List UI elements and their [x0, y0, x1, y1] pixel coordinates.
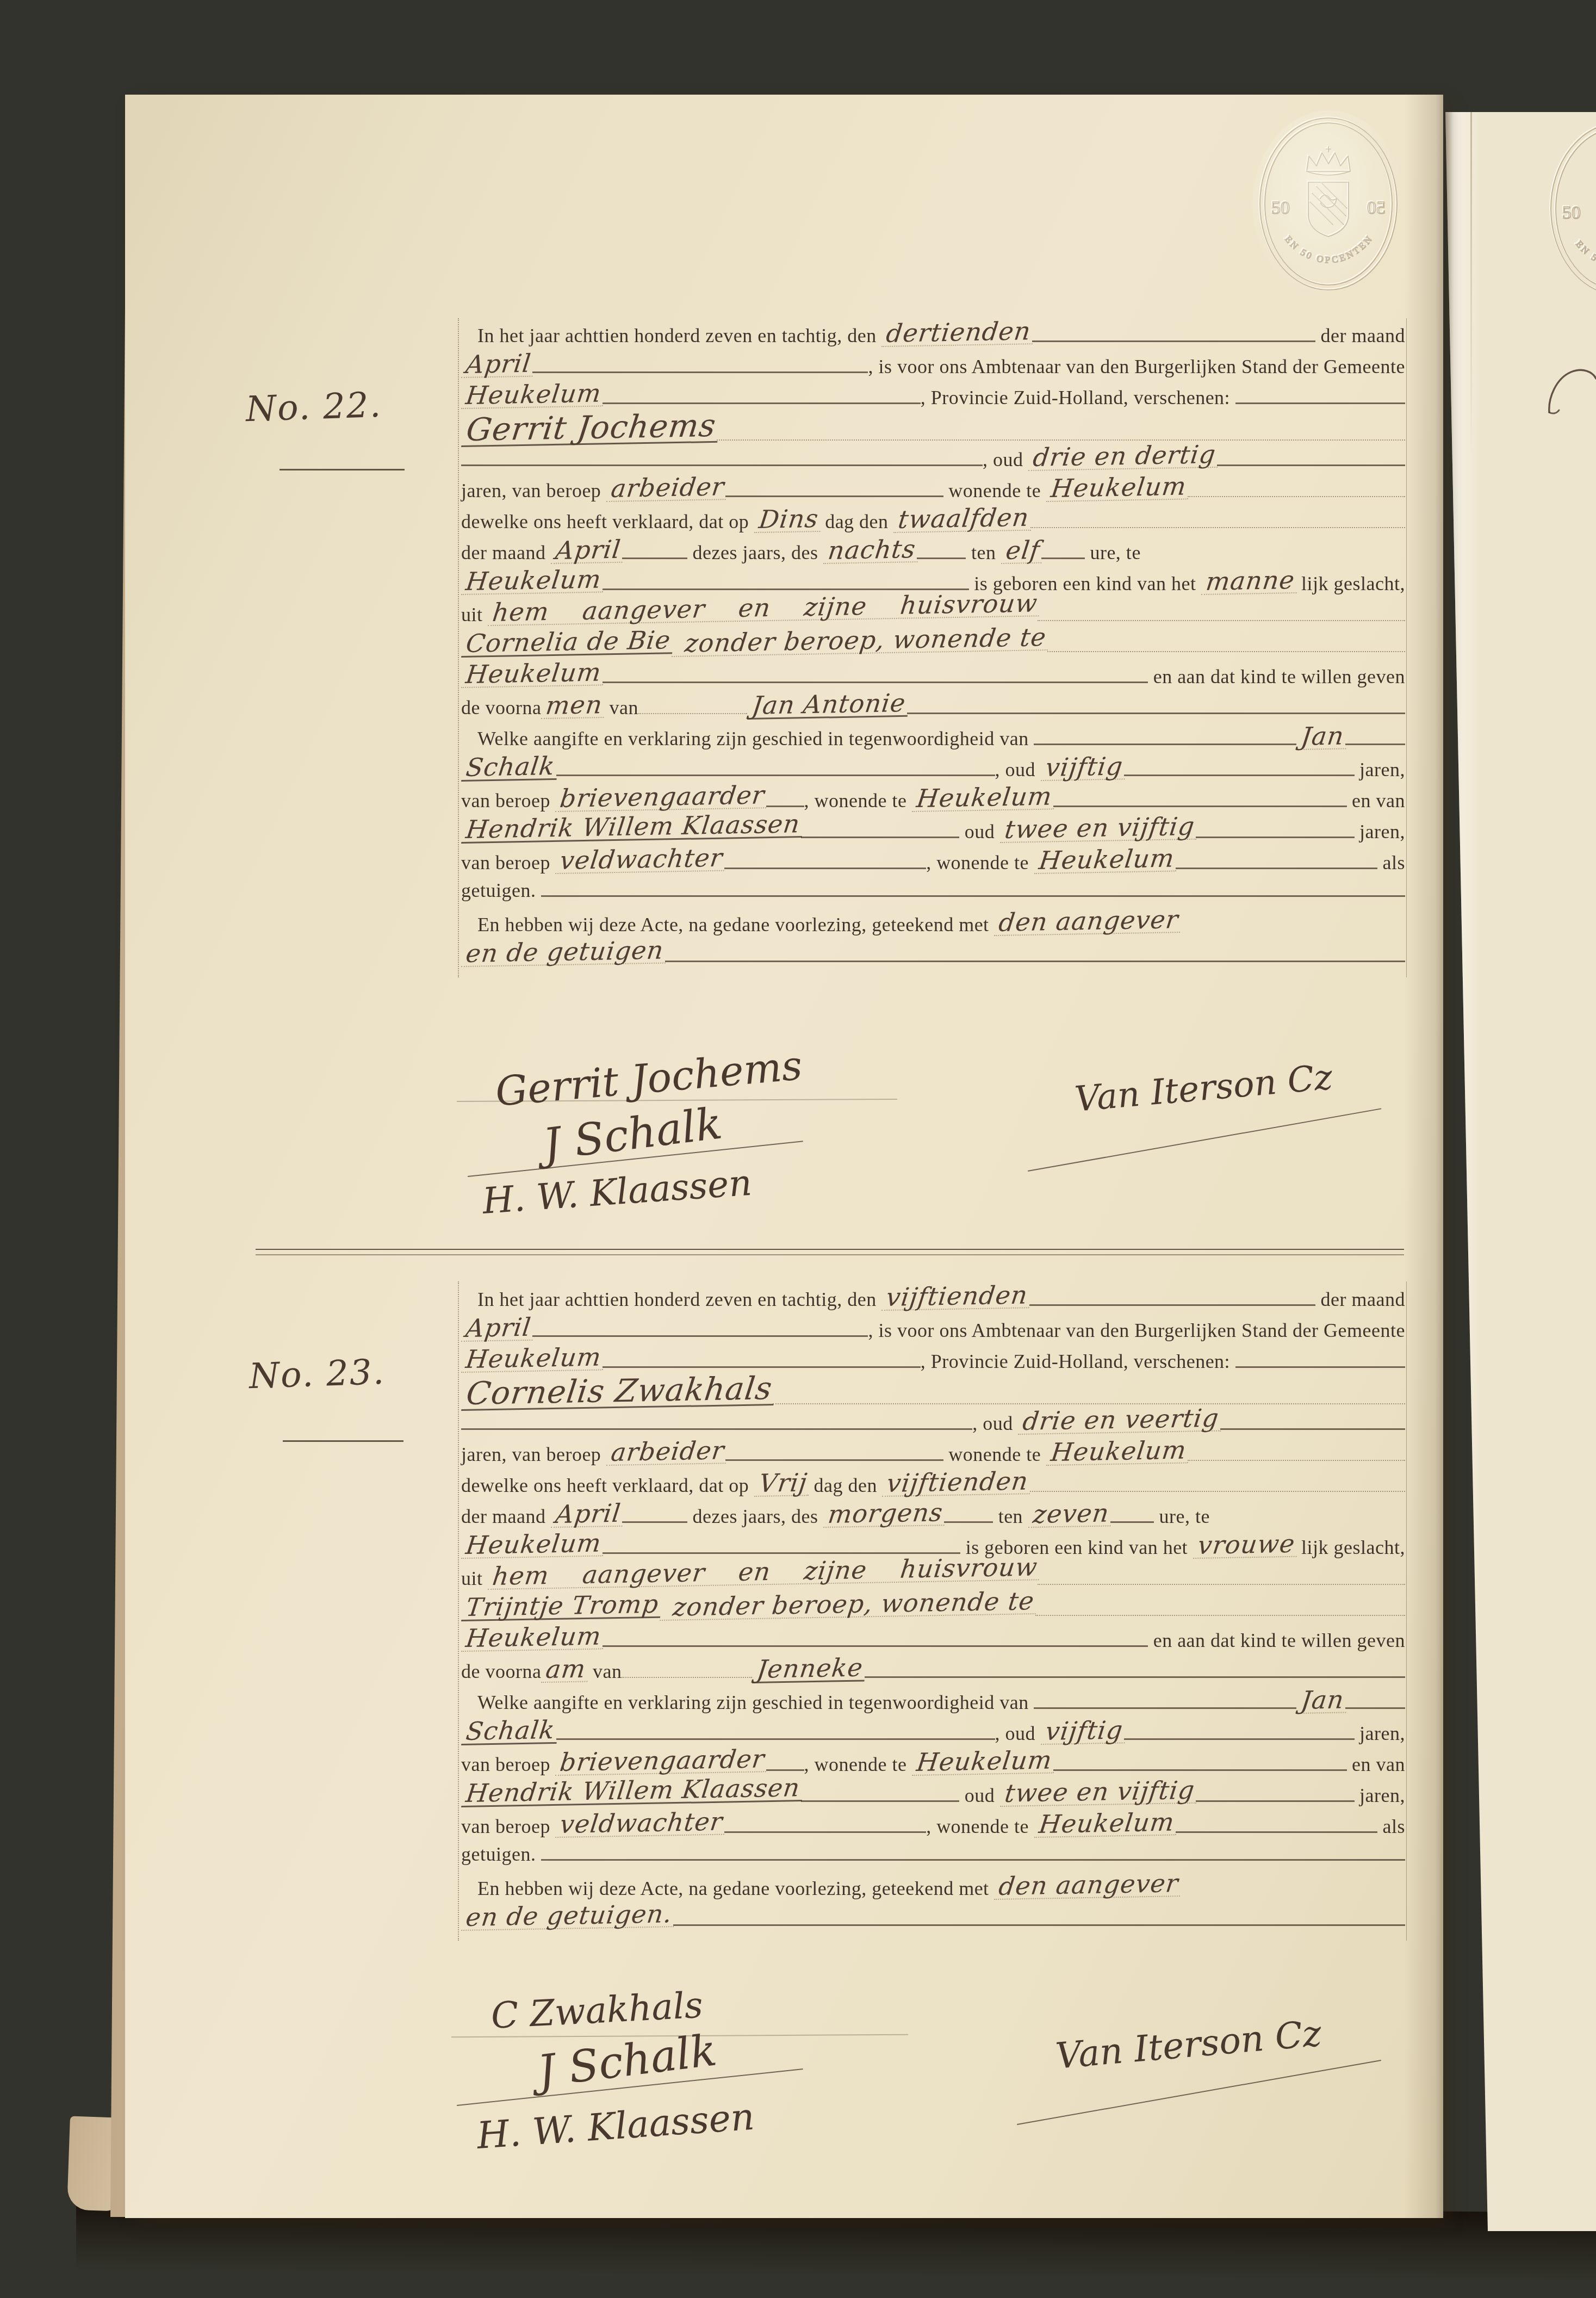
printed-text: Welke aangifte en verklaring zijn geschi…: [477, 1693, 1034, 1712]
fill-line: [1176, 851, 1377, 869]
handwritten-entry: dertienden: [881, 318, 1036, 347]
fill-line: [724, 1815, 926, 1833]
handwritten-entry: Heukelum: [461, 380, 606, 409]
handwritten-entry: April: [551, 537, 625, 564]
form-line: Hendrik Willem Klaassen oud twee en vijf…: [461, 1781, 1405, 1812]
fill-line: [603, 665, 1148, 683]
printed-text: oud: [959, 822, 1000, 841]
seal-emboss-highlight: [1252, 110, 1405, 298]
act-number-rule: [283, 1440, 403, 1442]
fill-line: [773, 1387, 1405, 1404]
fill-line: [1124, 758, 1354, 776]
printed-text: jaren,: [1355, 760, 1405, 779]
printed-text: dag den: [820, 512, 893, 531]
form-line: de voornaam vanJenneke: [461, 1657, 1405, 1688]
printed-text: , wonende te: [804, 791, 912, 810]
fill-line: [603, 1350, 921, 1368]
fill-line: [725, 1443, 943, 1461]
handwritten-entry: arbeider: [606, 1438, 729, 1466]
printed-text: oud: [959, 1786, 1000, 1805]
act-22-text: In het jaar achttien honderd zeven en ta…: [461, 321, 1405, 972]
form-line: Heukelum en aan dat kind te willen geven: [461, 662, 1405, 693]
form-line: en de getuigen: [461, 941, 1405, 972]
form-line: Cornelis Zwakhals: [461, 1378, 1405, 1409]
form-line: jaren, van beroep arbeider wonende te He…: [461, 476, 1405, 507]
fill-line: [944, 1505, 993, 1523]
printed-text: van beroep: [461, 853, 555, 872]
printed-text: ten: [966, 543, 1001, 562]
fill-line: [532, 355, 868, 373]
handwritten-entry: April: [461, 1315, 536, 1342]
handwritten-entry: Jan: [1296, 723, 1349, 750]
handwritten-entry: manne: [1201, 567, 1300, 595]
fill-line: [1188, 1444, 1405, 1461]
fill-line: [1217, 448, 1405, 466]
fill-line: [801, 1784, 960, 1802]
margin-number-flourish: [1547, 360, 1596, 424]
fold-highlight: [1442, 112, 1480, 2231]
form-line: de voornamen vanJan Antonie: [461, 693, 1405, 724]
handwritten-entry: zonder beroep, wonende te: [660, 1588, 1039, 1621]
form-line: , oud drie en veertig: [461, 1409, 1405, 1440]
printed-text: , is voor ons Ambtenaar van den Burgerli…: [868, 357, 1405, 376]
handwritten-entry: Heukelum: [1046, 1437, 1191, 1466]
handwritten-entry: zeven: [1028, 1500, 1114, 1528]
handwritten-entry: Hendrik Willem Klaassen: [461, 1775, 805, 1807]
fill-line: [1196, 1784, 1355, 1802]
fill-line: [917, 541, 966, 559]
handwritten-entry: drie en dertig: [1028, 442, 1220, 471]
handwritten-entry: twee en vijftig: [1000, 1777, 1200, 1807]
handwritten-entry: Heukelum: [1034, 845, 1179, 874]
act-right-border: [1406, 1281, 1407, 1941]
handwritten-entry: Heukelum: [912, 783, 1057, 812]
fill-line: [1029, 1288, 1316, 1306]
printed-text: , is voor ons Ambtenaar van den Burgerli…: [868, 1321, 1405, 1340]
handwritten-entry: morgens: [823, 1500, 948, 1528]
handwritten-entry: den aangever: [994, 1870, 1183, 1900]
printed-text: jaren,: [1355, 1786, 1405, 1805]
handwritten-entry: Trijntje Tromp: [461, 1591, 663, 1621]
handwritten-entry: Schalk: [461, 1717, 560, 1745]
printed-text: ure, te: [1154, 1507, 1210, 1526]
printed-text: de voorna: [461, 1662, 541, 1681]
handwritten-entry: Cornelia de Bie: [461, 627, 675, 658]
fill-line: [1053, 789, 1346, 807]
handwritten-entry: arbeider: [606, 474, 729, 502]
fill-line: [1196, 820, 1355, 838]
printed-text: uit: [461, 1569, 488, 1588]
printed-text: van: [588, 1662, 622, 1681]
printed-text: , wonende te: [926, 1817, 1034, 1836]
fill-line: [1345, 1691, 1405, 1709]
fill-line: [1041, 541, 1085, 559]
fill-line: [1235, 1350, 1405, 1368]
fill-line: [717, 423, 1406, 441]
fill-line: [461, 1412, 972, 1430]
fill-line: [622, 1661, 752, 1678]
fill-line: [801, 820, 960, 838]
fill-line: [1220, 1412, 1405, 1430]
act-number-label: No. 23.: [249, 1352, 386, 1397]
fill-line: [622, 541, 687, 559]
printed-text: als: [1377, 1817, 1405, 1836]
printed-text: dezes jaars, des: [687, 543, 823, 562]
fill-line: [1110, 1505, 1154, 1523]
printed-text: wonende te: [943, 481, 1046, 500]
fill-line: [1047, 635, 1406, 652]
fill-line: [532, 1319, 868, 1337]
fill-line: [1030, 511, 1405, 528]
fill-line: [1345, 727, 1405, 745]
handwritten-entry: Hendrik Willem Klaassen: [461, 811, 805, 844]
form-line: en de getuigen.: [461, 1905, 1405, 1936]
handwritten-entry: nachts: [823, 536, 921, 564]
printed-text: ten: [993, 1507, 1028, 1526]
handwritten-entry: twee en vijftig: [1000, 814, 1200, 843]
fill-line: [1035, 1599, 1405, 1616]
fill-line: [1032, 324, 1315, 342]
fill-line: [603, 1629, 1148, 1647]
printed-text: , oud: [995, 1724, 1041, 1743]
printed-text: uit: [461, 605, 488, 624]
fold-crease: [1470, 112, 1472, 460]
adjacent-page: [1442, 112, 1596, 2231]
handwritten-entry: twaalfden: [893, 505, 1034, 533]
fill-line: [1235, 386, 1405, 404]
handwritten-entry: vrouwe: [1193, 1531, 1300, 1559]
handwritten-entry: am: [541, 1656, 591, 1683]
printed-text: En hebben wij deze Acte, na gedane voorl…: [477, 915, 994, 934]
fill-line: [1124, 1722, 1354, 1740]
printed-text: In het jaar achttien honderd zeven en ta…: [477, 1290, 881, 1309]
printed-text: dag den: [809, 1476, 882, 1495]
printed-text: , oud: [972, 1414, 1018, 1433]
fill-line: [622, 1505, 687, 1523]
fill-line: [1176, 1815, 1377, 1833]
handwritten-entry: Jan: [1296, 1687, 1349, 1714]
fill-line: [665, 944, 1405, 962]
fill-line: [1034, 1691, 1296, 1709]
printed-text: dewelke ons heeft verklaard, dat op: [461, 1476, 754, 1495]
handwritten-entry: Dins: [754, 506, 823, 533]
printed-text: van beroep: [461, 791, 555, 810]
fill-line: [541, 879, 1405, 897]
fill-line: [541, 1843, 1405, 1861]
handwritten-entry: den aangever: [994, 907, 1183, 936]
handwritten-entry: zonder beroep, wonende te: [672, 624, 1051, 657]
fill-line: [1030, 1475, 1405, 1492]
form-line: In het jaar achttien honderd zeven en ta…: [461, 321, 1405, 352]
form-line: dewelke ons heeft verklaard, dat op Dins…: [461, 507, 1405, 538]
printed-text: dezes jaars, des: [687, 1507, 823, 1526]
handwritten-entry: Jenneke: [752, 1655, 868, 1683]
printed-text: getuigen.: [461, 881, 541, 900]
photograph-of-register: { "page": { "background": "#32332c", "pa…: [0, 0, 1596, 2298]
fill-line: [556, 1722, 995, 1740]
form-line: Welke aangifte en verklaring zijn geschi…: [461, 1688, 1405, 1719]
handwritten-entry: Heukelum: [461, 1530, 606, 1559]
fill-line: [673, 1908, 1405, 1926]
handwritten-entry: drie en veertig: [1018, 1405, 1224, 1435]
handwritten-entry: Cornelis Zwakhals: [461, 1372, 778, 1411]
printed-text: en aan dat kind te willen geven: [1148, 1631, 1405, 1650]
handwritten-entry: Heukelum: [1034, 1809, 1179, 1838]
handwritten-entry: Heukelum: [1046, 473, 1191, 502]
printed-text: wonende te: [943, 1445, 1046, 1464]
form-line: van beroep veldwachter, wonende te Heuke…: [461, 1812, 1405, 1843]
handwritten-entry: Gerrit Jochems: [461, 410, 721, 447]
printed-text: en aan dat kind te willen geven: [1148, 667, 1405, 686]
fill-line: [461, 448, 983, 466]
handwritten-entry: brievengaarder: [555, 782, 769, 812]
fill-line: [638, 697, 747, 714]
fill-line: [1038, 1568, 1405, 1585]
form-line: getuigen.: [461, 1843, 1405, 1874]
handwritten-entry: en de getuigen.: [461, 1901, 677, 1931]
handwritten-entry: veldwachter: [555, 845, 728, 874]
printed-text: der maand: [461, 1507, 551, 1526]
form-line: Welke aangifte en verklaring zijn geschi…: [461, 724, 1405, 755]
handwritten-entry: Schalk: [461, 753, 560, 782]
act-divider-rule: [256, 1249, 1404, 1255]
printed-text: , oud: [983, 450, 1028, 469]
printed-text: jaren,: [1355, 822, 1405, 841]
printed-text: getuigen.: [461, 1844, 541, 1864]
fill-line: [556, 758, 995, 776]
fill-line: [724, 851, 926, 869]
handwritten-entry: vijftig: [1041, 753, 1128, 781]
printed-text: jaren,: [1355, 1724, 1405, 1743]
printed-text: dewelke ons heeft verklaard, dat op: [461, 512, 754, 531]
printed-text: lijk geslacht,: [1296, 574, 1405, 593]
printed-text: der maand: [1315, 326, 1405, 345]
fill-line: [603, 1536, 960, 1554]
handwritten-entry: vijftienden: [881, 1282, 1033, 1311]
handwritten-entry: April: [551, 1501, 625, 1528]
printed-text: van beroep: [461, 1817, 555, 1836]
form-line: Hendrik Willem Klaassen oud twee en vijf…: [461, 817, 1405, 848]
handwritten-entry: vijftig: [1041, 1717, 1128, 1745]
fill-line: [1053, 1753, 1346, 1771]
handwritten-entry: Heukelum: [912, 1747, 1057, 1776]
printed-text: , Provincie Zuid-Holland, verschenen:: [921, 388, 1235, 407]
printed-text: der maand: [461, 543, 551, 562]
handwritten-entry: Heukelum: [461, 1344, 606, 1373]
act-number-label: No. 22.: [245, 385, 382, 430]
act-right-border: [1406, 318, 1407, 977]
form-line: jaren, van beroep arbeider wonende te He…: [461, 1440, 1405, 1471]
act-left-border: [458, 318, 459, 977]
form-line: Schalk, oud vijftig jaren,: [461, 1719, 1405, 1750]
form-line: dewelke ons heeft verklaard, dat op Vrij…: [461, 1471, 1405, 1502]
form-line: Gerrit Jochems: [461, 414, 1405, 445]
fill-line: [1034, 727, 1296, 745]
printed-text: , Provincie Zuid-Holland, verschenen:: [921, 1352, 1235, 1371]
printed-text: als: [1377, 853, 1405, 872]
handwritten-entry: brievengaarder: [555, 1746, 769, 1776]
act-number-rule: [280, 469, 405, 470]
printed-text: jaren, van beroep: [461, 1445, 606, 1464]
fold-shading: [1404, 95, 1443, 2218]
form-line: Schalk, oud vijftig jaren,: [461, 755, 1405, 786]
fill-line: [766, 1753, 804, 1771]
printed-text: der maand: [1315, 1290, 1405, 1309]
handwritten-entry: vijftienden: [882, 1468, 1033, 1497]
handwritten-entry: veldwachter: [555, 1809, 728, 1838]
handwritten-entry: Heukelum: [461, 1623, 606, 1652]
handwritten-entry: en de getuigen: [461, 937, 668, 967]
fill-line: [1038, 604, 1405, 621]
act-left-border: [458, 1281, 459, 1941]
embossed-revenue-stamp-adjacent-page: [1543, 115, 1596, 303]
form-line: Heukelum en aan dat kind te willen geven: [461, 1626, 1405, 1657]
handwritten-entry: April: [461, 351, 536, 378]
fill-line: [1188, 480, 1405, 497]
fill-line: [603, 386, 921, 404]
fill-line: [907, 696, 1405, 714]
printed-text: en van: [1347, 1755, 1405, 1774]
fill-line: [865, 1660, 1405, 1678]
printed-text: van: [604, 698, 638, 717]
embossed-revenue-stamp: [1252, 110, 1405, 298]
printed-text: de voorna: [461, 698, 541, 717]
printed-text: ure, te: [1085, 543, 1141, 562]
form-line: getuigen.: [461, 879, 1405, 910]
handwritten-entry: men: [541, 692, 607, 719]
printed-text: Welke aangifte en verklaring zijn geschi…: [477, 729, 1034, 748]
printed-text: van beroep: [461, 1755, 555, 1774]
printed-text: en van: [1347, 791, 1405, 810]
act-23-text: In het jaar achttien honderd zeven en ta…: [461, 1285, 1405, 1936]
handwritten-entry: elf: [1001, 537, 1045, 564]
form-line: In het jaar achttien honderd zeven en ta…: [461, 1285, 1405, 1316]
handwritten-entry: Jan Antonie: [747, 690, 910, 720]
printed-text: , wonende te: [804, 1755, 912, 1774]
printed-text: , oud: [995, 760, 1041, 779]
handwritten-entry: Vrij: [754, 1470, 812, 1497]
printed-text: , wonende te: [926, 853, 1034, 872]
form-line: van beroep veldwachter, wonende te Heuke…: [461, 848, 1405, 879]
fill-line: [766, 789, 804, 807]
printed-text: In het jaar achttien honderd zeven en ta…: [477, 326, 881, 345]
handwritten-entry: Heukelum: [461, 566, 606, 595]
printed-text: lijk geslacht,: [1296, 1538, 1405, 1557]
fill-line: [603, 572, 969, 590]
handwritten-entry: Heukelum: [461, 659, 606, 688]
printed-text: En hebben wij deze Acte, na gedane voorl…: [477, 1879, 994, 1898]
form-line: , oud drie en dertig: [461, 445, 1405, 476]
printed-text: jaren, van beroep: [461, 481, 606, 500]
fill-line: [725, 479, 943, 497]
